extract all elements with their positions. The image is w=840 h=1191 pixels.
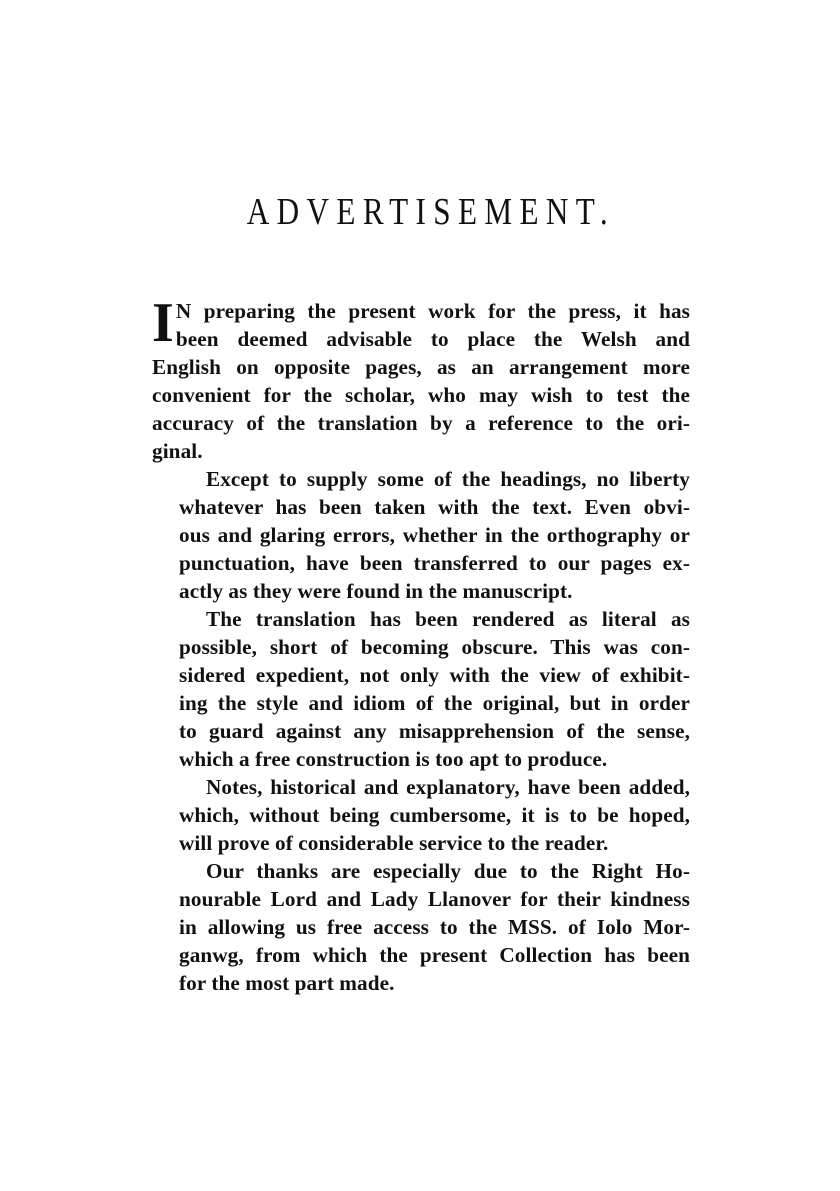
text-line: ginal. [152, 437, 690, 465]
text-line: N preparing the present work for the pre… [152, 297, 690, 325]
text-line: Notes, historical and explanatory, have … [152, 773, 690, 801]
text-line: ing the style and idiom of the original,… [152, 689, 690, 717]
text-line: accuracy of the translation by a referen… [152, 409, 690, 437]
text-line: sidered expedient, not only with the vie… [152, 661, 690, 689]
paragraph-4: Notes, historical and explanatory, have … [152, 773, 690, 857]
text-line: ganwg, from which the present Collection… [152, 941, 690, 969]
document-page: ADVERTISEMENT. I N preparing the present… [0, 0, 840, 1191]
text-line: The translation has been rendered as lit… [152, 605, 690, 633]
text-line: to guard against any misapprehension of … [152, 717, 690, 745]
text-line: possible, short of becoming obscure. Thi… [152, 633, 690, 661]
text-line: Our thanks are especially due to the Rig… [152, 857, 690, 885]
text-line: whatever has been taken with the text. E… [152, 493, 690, 521]
paragraph-1: I N preparing the present work for the p… [152, 297, 690, 465]
text-line: for the most part made. [152, 969, 690, 997]
text-line: will prove of considerable service to th… [152, 829, 690, 857]
text-line: ous and glaring errors, whether in the o… [152, 521, 690, 549]
page-title: ADVERTISEMENT. [77, 188, 776, 236]
text-line: English on opposite pages, as an arrange… [152, 353, 690, 381]
text-line: which, without being cumbersome, it is t… [152, 801, 690, 829]
text-line: punctuation, have been transferred to ou… [152, 549, 690, 577]
text-line: been deemed advisable to place the Welsh… [152, 325, 690, 353]
paragraph-3: The translation has been rendered as lit… [152, 605, 690, 773]
advertisement-body: I N preparing the present work for the p… [152, 297, 690, 997]
text-line: which a free construction is too apt to … [152, 745, 690, 773]
text-line: nourable Lord and Lady Llanover for thei… [152, 885, 690, 913]
text-line: Except to supply some of the headings, n… [152, 465, 690, 493]
text-line: in allowing us free access to the MSS. o… [152, 913, 690, 941]
drop-cap: I [152, 300, 174, 346]
paragraph-5: Our thanks are especially due to the Rig… [152, 857, 690, 997]
text-line: convenient for the scholar, who may wish… [152, 381, 690, 409]
paragraph-2: Except to supply some of the headings, n… [152, 465, 690, 605]
text-line: actly as they were found in the manuscri… [152, 577, 690, 605]
